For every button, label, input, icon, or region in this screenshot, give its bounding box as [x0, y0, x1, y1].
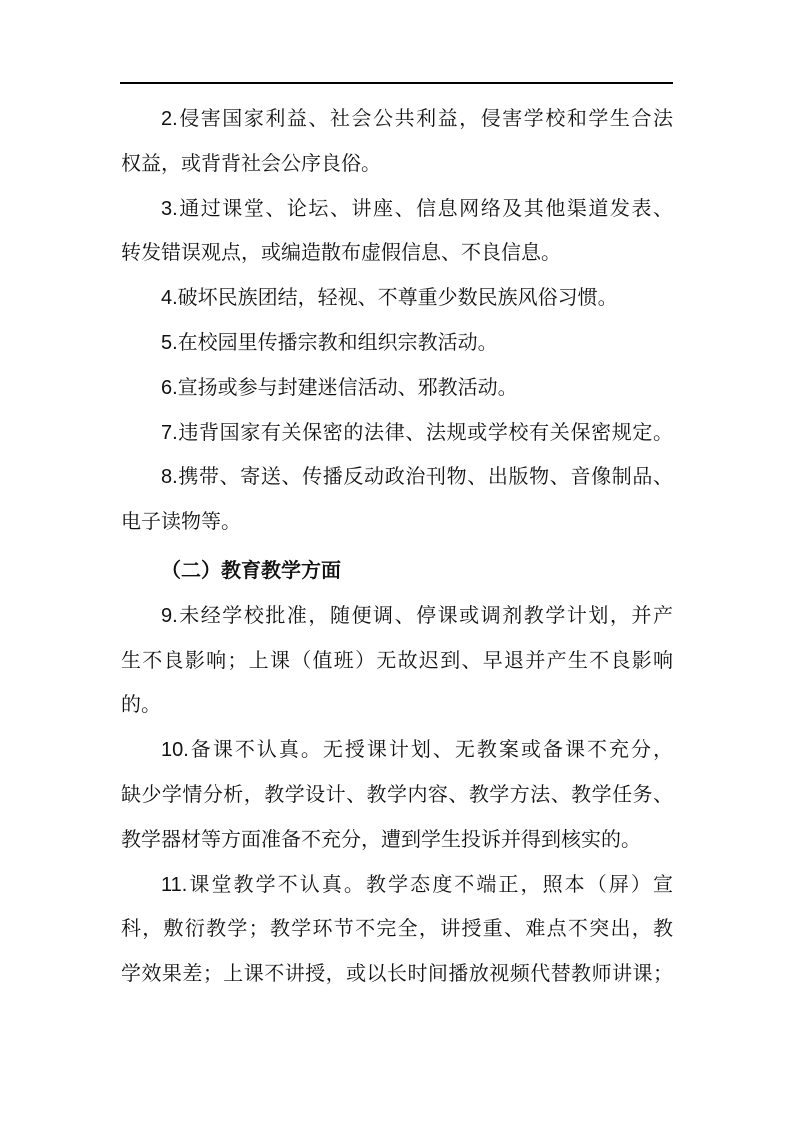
paragraph-item-2: 2.侵害国家利益、社会公共利益，侵害学校和学生合法 权益，或背背社会公序良俗。	[121, 97, 673, 187]
paragraph-line: 教学器材等方面准备不充分，遭到学生投诉并得到核实的。	[121, 818, 673, 863]
document-page: 2.侵害国家利益、社会公共利益，侵害学校和学生合法 权益，或背背社会公序良俗。 …	[0, 0, 793, 1122]
paragraph-line: 10.备课不认真。无授课计划、无教案或备课不充分，	[121, 728, 673, 773]
paragraph-item-9: 9.未经学校批准，随便调、停课或调剂教学计划，并产 生不良影响；上课（值班）无故…	[121, 594, 673, 728]
paragraph-line: 权益，或背背社会公序良俗。	[121, 142, 673, 187]
section-heading: （二）教育教学方面	[121, 549, 673, 594]
paragraph-line: 缺少学情分析，教学设计、教学内容、教学方法、教学任务、	[121, 773, 673, 818]
paragraph-line: 8.携带、寄送、传播反动政治刊物、出版物、音像制品、	[121, 455, 673, 500]
paragraph-line: 7.违背国家有关保密的法律、法规或学校有关保密规定。	[121, 411, 673, 456]
paragraph-line: 6.宣扬或参与封建迷信活动、邪教活动。	[121, 366, 673, 411]
paragraph-item-6: 6.宣扬或参与封建迷信活动、邪教活动。	[121, 366, 673, 411]
paragraph-line: 4.破坏民族团结，轻视、不尊重少数民族风俗习惯。	[121, 276, 673, 321]
paragraph-line: 9.未经学校批准，随便调、停课或调剂教学计划，并产	[121, 594, 673, 639]
paragraph-line: 电子读物等。	[121, 500, 673, 545]
document-body: 2.侵害国家利益、社会公共利益，侵害学校和学生合法 权益，或背背社会公序良俗。 …	[121, 97, 673, 997]
paragraph-line: 5.在校园里传播宗教和组织宗教活动。	[121, 321, 673, 366]
paragraph-line: 的。	[121, 683, 673, 728]
paragraph-item-3: 3.通过课堂、论坛、讲座、信息网络及其他渠道发表、 转发错误观点，或编造散布虚假…	[121, 187, 673, 277]
paragraph-item-11: 11.课堂教学不认真。教学态度不端正，照本（屏）宣 科，敷衍教学；教学环节不完全…	[121, 863, 673, 997]
paragraph-item-5: 5.在校园里传播宗教和组织宗教活动。	[121, 321, 673, 366]
paragraph-line: 11.课堂教学不认真。教学态度不端正，照本（屏）宣	[121, 863, 673, 908]
paragraph-item-8: 8.携带、寄送、传播反动政治刊物、出版物、音像制品、 电子读物等。	[121, 455, 673, 545]
paragraph-line: 3.通过课堂、论坛、讲座、信息网络及其他渠道发表、	[121, 187, 673, 232]
paragraph-item-10: 10.备课不认真。无授课计划、无教案或备课不充分， 缺少学情分析，教学设计、教学…	[121, 728, 673, 862]
paragraph-line: 生不良影响；上课（值班）无故迟到、早退并产生不良影响	[121, 639, 673, 684]
paragraph-line: 学效果差；上课不讲授，或以长时间播放视频代替教师讲课；	[121, 952, 673, 997]
paragraph-item-7: 7.违背国家有关保密的法律、法规或学校有关保密规定。	[121, 411, 673, 456]
paragraph-line: 科，敷衍教学；教学环节不完全，讲授重、难点不突出，教	[121, 907, 673, 952]
header-rule	[120, 82, 673, 84]
paragraph-item-4: 4.破坏民族团结，轻视、不尊重少数民族风俗习惯。	[121, 276, 673, 321]
paragraph-line: 2.侵害国家利益、社会公共利益，侵害学校和学生合法	[121, 97, 673, 142]
paragraph-line: 转发错误观点，或编造散布虚假信息、不良信息。	[121, 231, 673, 276]
section-heading-text: （二）教育教学方面	[121, 549, 673, 594]
